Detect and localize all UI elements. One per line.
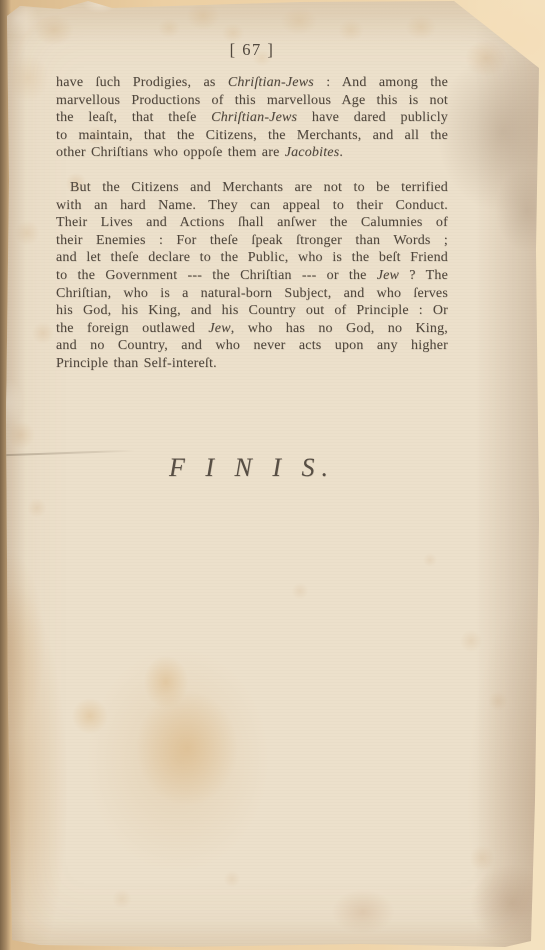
roman-text: , who has no God, no King, bbox=[231, 321, 448, 336]
roman-text: marvellous Productions of this marvellou… bbox=[56, 93, 448, 108]
page-number: [ 67 ] bbox=[56, 40, 448, 60]
roman-text: and let theſe declare to the Public, who… bbox=[56, 250, 448, 265]
printed-content: [ 67 ] have ſuch Prodigies, as Chriſtian… bbox=[56, 40, 448, 483]
roman-text: have ſuch Prodigies, as bbox=[56, 75, 228, 90]
italic-text: Jew bbox=[208, 321, 230, 336]
italic-text: Jew bbox=[377, 268, 399, 283]
finis-label: F I N I S. bbox=[56, 453, 448, 483]
text-line: Their Lives and Actions ſhall anſwer the… bbox=[56, 214, 448, 232]
italic-text: Chriſtian-Jews bbox=[228, 75, 314, 90]
text-line: the foreign outlawed Jew, who has no God… bbox=[56, 320, 448, 338]
text-line: to maintain, that the Citizens, the Merc… bbox=[56, 127, 448, 145]
text-line: other Chriſtians who oppoſe them are Jac… bbox=[56, 144, 448, 162]
paragraph: have ſuch Prodigies, as Chriſtian-Jews :… bbox=[56, 74, 448, 162]
text-line: Chriſtian, who is a natural-born Subject… bbox=[56, 285, 448, 303]
scanned-book-page: [ 67 ] have ſuch Prodigies, as Chriſtian… bbox=[0, 0, 545, 950]
roman-text: their Enemies : For theſe ſpeak ſtronger… bbox=[56, 233, 448, 248]
body-text: have ſuch Prodigies, as Chriſtian-Jews :… bbox=[56, 74, 448, 373]
text-line: his God, his King, and his Country out o… bbox=[56, 302, 448, 320]
roman-text: the foreign outlawed bbox=[56, 321, 208, 336]
text-line: and no Country, and who never acts upon … bbox=[56, 337, 448, 355]
text-line: to the Government --- the Chriſtian --- … bbox=[56, 267, 448, 285]
italic-text: Chriſtian-Jews bbox=[211, 110, 297, 125]
roman-text: Chriſtian, who is a natural-born Subject… bbox=[56, 286, 448, 301]
roman-text: ? The bbox=[399, 268, 448, 283]
roman-text: and no Country, and who never acts upon … bbox=[56, 338, 448, 353]
roman-text: But the Citizens and Merchants are not t… bbox=[70, 180, 448, 195]
roman-text: to maintain, that the Citizens, the Merc… bbox=[56, 128, 448, 143]
text-line: But the Citizens and Merchants are not t… bbox=[56, 179, 448, 197]
roman-text: . bbox=[339, 145, 343, 160]
text-line: Principle than Self-intereſt. bbox=[56, 355, 448, 373]
text-line: have ſuch Prodigies, as Chriſtian-Jews :… bbox=[56, 74, 448, 92]
roman-text: Their Lives and Actions ſhall anſwer the… bbox=[56, 215, 448, 230]
roman-text: have dared publicly bbox=[297, 110, 448, 125]
text-line: marvellous Productions of this marvellou… bbox=[56, 92, 448, 110]
text-line: the leaſt, that theſe Chriſtian-Jews hav… bbox=[56, 109, 448, 127]
paragraph: But the Citizens and Merchants are not t… bbox=[56, 179, 448, 373]
roman-text: Principle than Self-intereſt. bbox=[56, 356, 217, 371]
roman-text: the leaſt, that theſe bbox=[56, 110, 211, 125]
paper-sheet: [ 67 ] have ſuch Prodigies, as Chriſtian… bbox=[0, 0, 545, 950]
text-line: with an hard Name. They can appeal to th… bbox=[56, 197, 448, 215]
roman-text: with an hard Name. They can appeal to th… bbox=[56, 198, 448, 213]
roman-text: : And among the bbox=[314, 75, 448, 90]
text-line: and let theſe declare to the Public, who… bbox=[56, 249, 448, 267]
roman-text: his God, his King, and his Country out o… bbox=[56, 303, 448, 318]
roman-text: other Chriſtians who oppoſe them are bbox=[56, 145, 285, 160]
italic-text: Jacobites bbox=[285, 145, 340, 160]
text-line: their Enemies : For theſe ſpeak ſtronger… bbox=[56, 232, 448, 250]
roman-text: to the Government --- the Chriſtian --- … bbox=[56, 268, 377, 283]
